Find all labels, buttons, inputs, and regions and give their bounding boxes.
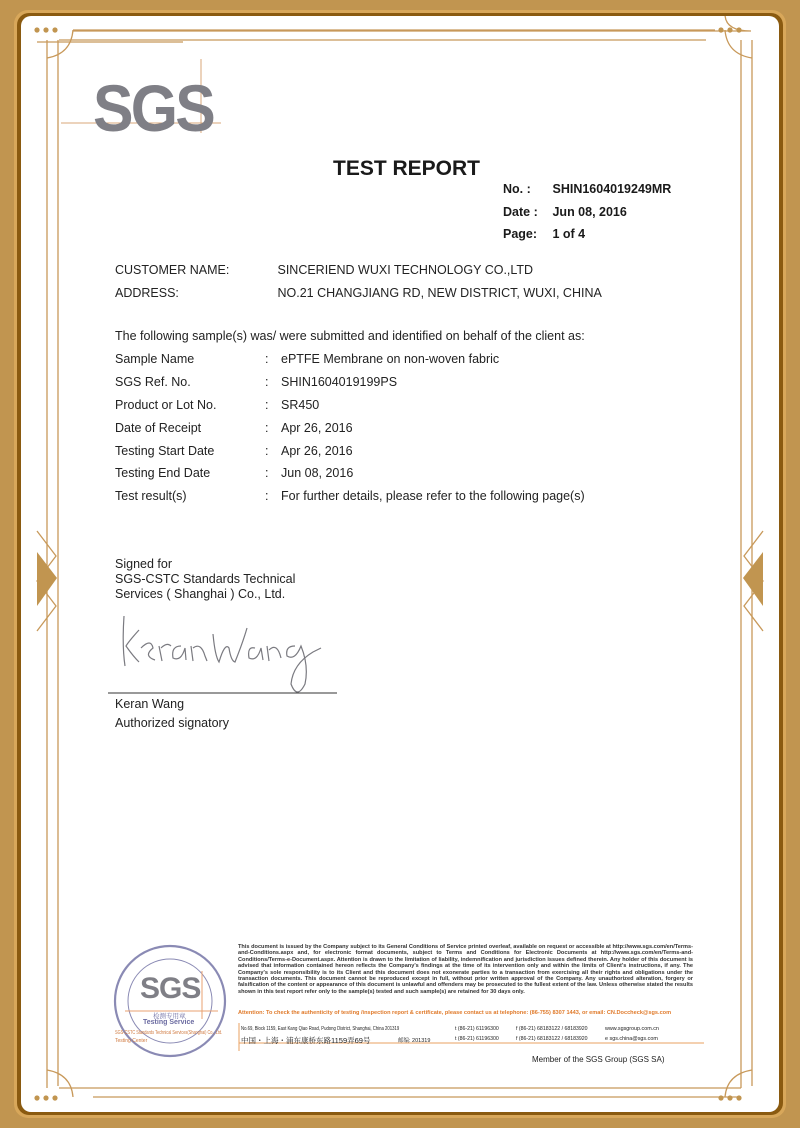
- report-page-value: 1 of 4: [552, 227, 585, 241]
- address-label: ADDRESS:: [115, 286, 274, 300]
- report-date-value: Jun 08, 2016: [552, 205, 626, 219]
- member-of-sgs-group: Member of the SGS Group (SGS SA): [532, 1055, 665, 1064]
- authenticity-notice: Attention: To check the authenticity of …: [238, 1010, 693, 1016]
- signed-for: Signed for: [115, 557, 172, 571]
- footer-address-en: No.69, Block 1159, East Kang Qiao Road, …: [241, 1026, 399, 1032]
- report-number-value: SHIN1604019249MR: [552, 182, 671, 196]
- report-date: Date : Jun 08, 2016: [503, 205, 627, 219]
- sample-detail-label: Date of Receipt: [115, 421, 265, 435]
- sgs-logo: SGS: [93, 70, 213, 146]
- report-number-label: No. :: [503, 182, 549, 196]
- signatory-name: Keran Wang: [115, 697, 184, 711]
- address-value: NO.21 CHANGJIANG RD, NEW DISTRICT, WUXI,…: [277, 286, 601, 300]
- footer-postcode-cn: 邮编: 201319: [398, 1036, 430, 1044]
- footer-email[interactable]: e sgs.china@sgs.com: [605, 1036, 658, 1042]
- report-number: No. : SHIN1604019249MR: [503, 182, 671, 196]
- sample-detail-value: SHIN1604019199PS: [281, 375, 397, 389]
- sample-detail-label: Test result(s): [115, 489, 265, 503]
- sample-detail-value: For further details, please refer to the…: [281, 489, 585, 503]
- sample-detail-row: Date of Receipt:Apr 26, 2016: [115, 421, 353, 435]
- sample-detail-row: Testing End Date:Jun 08, 2016: [115, 466, 353, 480]
- seal-testing-service: Testing Service: [143, 1019, 194, 1026]
- report-page: Page: 1 of 4: [503, 227, 585, 241]
- report-page-label: Page:: [503, 227, 549, 241]
- sample-detail-row: Sample Name:ePTFE Membrane on non-woven …: [115, 352, 499, 366]
- sample-detail-label: Sample Name: [115, 352, 265, 366]
- sample-detail-separator: :: [265, 466, 281, 480]
- seal-company-line: SGS-CSTC Standards Technical Services(Sh…: [115, 1030, 222, 1036]
- sample-detail-value: Jun 08, 2016: [281, 466, 353, 480]
- sample-detail-separator: :: [265, 444, 281, 458]
- signing-company-line2: Services ( Shanghai ) Co., Ltd.: [115, 587, 285, 601]
- customer-name-label: CUSTOMER NAME:: [115, 263, 274, 277]
- footer-fax-2: f (86-21) 68183122 / 68183920: [516, 1036, 588, 1042]
- seal-sgs-logo: SGS: [140, 972, 200, 1006]
- sample-detail-label: Testing End Date: [115, 466, 265, 480]
- seal-testing-center: Testing Center: [115, 1038, 147, 1044]
- customer-name-row: CUSTOMER NAME: SINCERIEND WUXI TECHNOLOG…: [115, 263, 533, 277]
- sample-detail-value: Apr 26, 2016: [281, 444, 353, 458]
- customer-name-value: SINCERIEND WUXI TECHNOLOGY CO.,LTD: [277, 263, 533, 277]
- sample-detail-row: Testing Start Date:Apr 26, 2016: [115, 444, 353, 458]
- signing-company-line1: SGS-CSTC Standards Technical: [115, 572, 295, 586]
- footer-tel-1: t (86-21) 61196300: [455, 1026, 499, 1032]
- footer-fax-1: f (86-21) 68183122 / 68183920: [516, 1026, 588, 1032]
- sample-detail-row: Product or Lot No.:SR450: [115, 398, 319, 412]
- footer-address-cn: 中国・上海・浦东康桥东路1159弄69号: [241, 1035, 370, 1046]
- sample-detail-separator: :: [265, 375, 281, 389]
- report-date-label: Date :: [503, 205, 549, 219]
- sample-detail-value: Apr 26, 2016: [281, 421, 353, 435]
- sample-detail-value: ePTFE Membrane on non-woven fabric: [281, 352, 499, 366]
- document-page: SGS TEST REPORT No. : SHIN1604019249MR D…: [21, 16, 779, 1112]
- sample-detail-label: Product or Lot No.: [115, 398, 265, 412]
- sample-detail-row: Test result(s):For further details, plea…: [115, 489, 585, 503]
- sample-detail-separator: :: [265, 421, 281, 435]
- sample-detail-separator: :: [265, 398, 281, 412]
- sample-detail-row: SGS Ref. No.:SHIN1604019199PS: [115, 375, 397, 389]
- report-title: TEST REPORT: [333, 157, 480, 181]
- address-row: ADDRESS: NO.21 CHANGJIANG RD, NEW DISTRI…: [115, 286, 602, 300]
- sample-detail-label: Testing Start Date: [115, 444, 265, 458]
- footer-website[interactable]: www.sgsgroup.com.cn: [605, 1026, 659, 1032]
- legal-disclaimer: This document is issued by the Company s…: [238, 944, 693, 995]
- sample-detail-separator: :: [265, 489, 281, 503]
- footer-tel-2: t (86-21) 61196300: [455, 1036, 499, 1042]
- sample-detail-label: SGS Ref. No.: [115, 375, 265, 389]
- sample-detail-value: SR450: [281, 398, 319, 412]
- signatory-title: Authorized signatory: [115, 716, 229, 730]
- sample-detail-separator: :: [265, 352, 281, 366]
- intro-text: The following sample(s) was/ were submit…: [115, 329, 585, 343]
